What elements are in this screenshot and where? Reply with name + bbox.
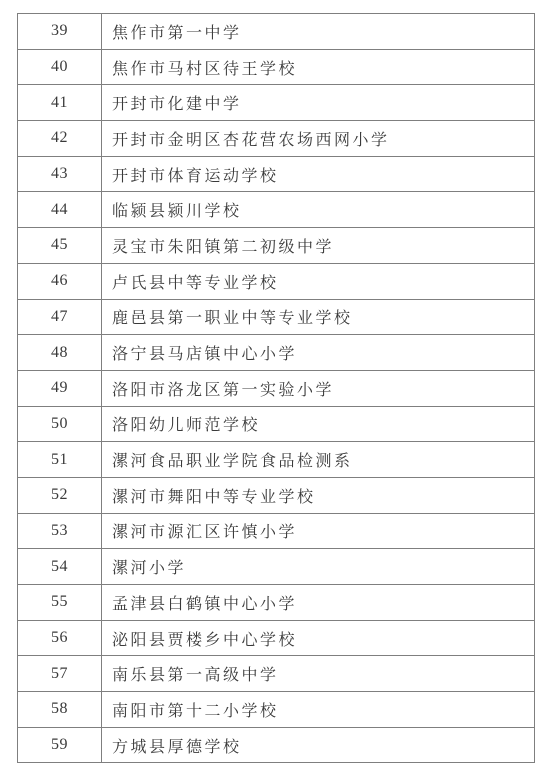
table-row: 47 鹿邑县第一职业中等专业学校 (18, 299, 535, 335)
row-number: 47 (18, 299, 102, 335)
school-name: 焦作市第一中学 (102, 14, 535, 50)
row-number: 55 (18, 585, 102, 621)
row-number: 51 (18, 442, 102, 478)
row-number: 40 (18, 49, 102, 85)
school-name: 洛阳幼儿师范学校 (102, 406, 535, 442)
table-row: 59 方城县厚德学校 (18, 727, 535, 763)
table-row: 42 开封市金明区杏花营农场西网小学 (18, 121, 535, 157)
table-row: 58 南阳市第十二小学校 (18, 692, 535, 728)
table-row: 55 孟津县白鹤镇中心小学 (18, 585, 535, 621)
table-row: 45 灵宝市朱阳镇第二初级中学 (18, 228, 535, 264)
school-name: 洛宁县马店镇中心小学 (102, 335, 535, 371)
table-row: 48 洛宁县马店镇中心小学 (18, 335, 535, 371)
school-list-table: 39 焦作市第一中学 40 焦作市马村区待王学校 41 开封市化建中学 42 开… (17, 13, 535, 763)
row-number: 50 (18, 406, 102, 442)
table-row: 54 漯河小学 (18, 549, 535, 585)
table-row: 51 漯河食品职业学院食品检测系 (18, 442, 535, 478)
row-number: 48 (18, 335, 102, 371)
row-number: 45 (18, 228, 102, 264)
table-row: 56 泌阳县贾楼乡中心学校 (18, 620, 535, 656)
row-number: 41 (18, 85, 102, 121)
row-number: 52 (18, 477, 102, 513)
row-number: 57 (18, 656, 102, 692)
table-row: 52 漯河市舞阳中等专业学校 (18, 477, 535, 513)
table-row: 40 焦作市马村区待王学校 (18, 49, 535, 85)
row-number: 43 (18, 156, 102, 192)
school-name: 漯河市源汇区许慎小学 (102, 513, 535, 549)
table-row: 53 漯河市源汇区许慎小学 (18, 513, 535, 549)
document-page: 39 焦作市第一中学 40 焦作市马村区待王学校 41 开封市化建中学 42 开… (0, 0, 550, 781)
school-name: 泌阳县贾楼乡中心学校 (102, 620, 535, 656)
table-row: 43 开封市体育运动学校 (18, 156, 535, 192)
row-number: 59 (18, 727, 102, 763)
school-name: 临颍县颍川学校 (102, 192, 535, 228)
table-row: 46 卢氏县中等专业学校 (18, 263, 535, 299)
school-table-body: 39 焦作市第一中学 40 焦作市马村区待王学校 41 开封市化建中学 42 开… (18, 14, 535, 763)
table-row: 44 临颍县颍川学校 (18, 192, 535, 228)
row-number: 49 (18, 370, 102, 406)
row-number: 56 (18, 620, 102, 656)
school-name: 南乐县第一高级中学 (102, 656, 535, 692)
table-row: 57 南乐县第一高级中学 (18, 656, 535, 692)
row-number: 46 (18, 263, 102, 299)
school-name: 开封市金明区杏花营农场西网小学 (102, 121, 535, 157)
school-name: 开封市化建中学 (102, 85, 535, 121)
row-number: 54 (18, 549, 102, 585)
school-name: 开封市体育运动学校 (102, 156, 535, 192)
school-name: 漯河食品职业学院食品检测系 (102, 442, 535, 478)
row-number: 39 (18, 14, 102, 50)
school-name: 方城县厚德学校 (102, 727, 535, 763)
school-name: 鹿邑县第一职业中等专业学校 (102, 299, 535, 335)
table-row: 39 焦作市第一中学 (18, 14, 535, 50)
school-name: 漯河小学 (102, 549, 535, 585)
row-number: 42 (18, 121, 102, 157)
school-name: 南阳市第十二小学校 (102, 692, 535, 728)
table-row: 49 洛阳市洛龙区第一实验小学 (18, 370, 535, 406)
school-name: 焦作市马村区待王学校 (102, 49, 535, 85)
row-number: 44 (18, 192, 102, 228)
row-number: 53 (18, 513, 102, 549)
table-row: 41 开封市化建中学 (18, 85, 535, 121)
row-number: 58 (18, 692, 102, 728)
school-name: 卢氏县中等专业学校 (102, 263, 535, 299)
school-name: 洛阳市洛龙区第一实验小学 (102, 370, 535, 406)
school-name: 灵宝市朱阳镇第二初级中学 (102, 228, 535, 264)
table-row: 50 洛阳幼儿师范学校 (18, 406, 535, 442)
school-name: 漯河市舞阳中等专业学校 (102, 477, 535, 513)
school-name: 孟津县白鹤镇中心小学 (102, 585, 535, 621)
